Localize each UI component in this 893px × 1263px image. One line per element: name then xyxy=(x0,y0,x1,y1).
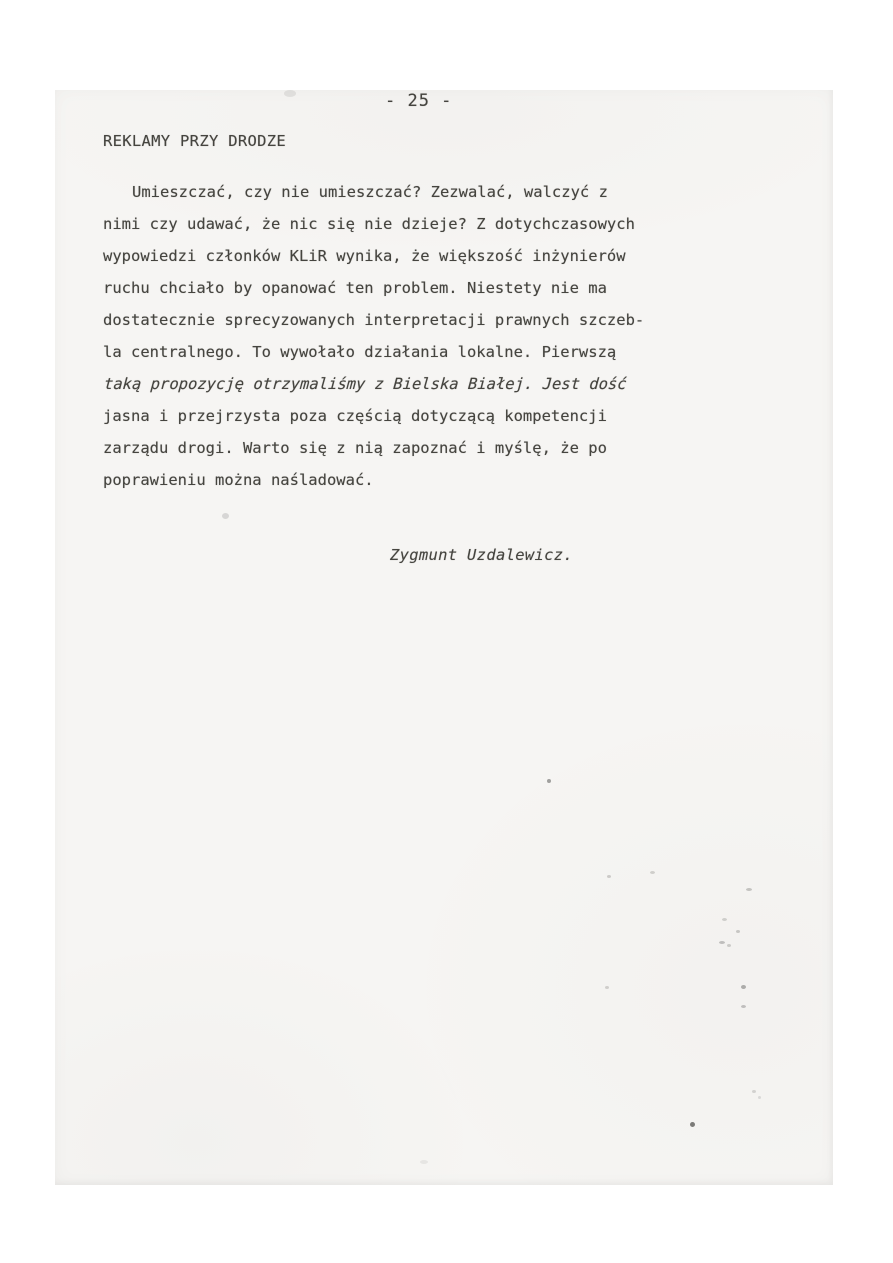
scan-background: - 25 - REKLAMY PRZY DRODZE Umieszczać, c… xyxy=(0,0,893,1263)
signature: Zygmunt Uzdalewicz. xyxy=(390,546,573,564)
text-line: nimi czy udawać, że nic się nie dzieje? … xyxy=(103,208,644,240)
page-number: - 25 - xyxy=(385,91,452,111)
text-line: jasna i przejrzysta poza częścią dotyczą… xyxy=(103,400,644,432)
body-paragraph: Umieszczać, czy nie umieszczać? Zezwalać… xyxy=(103,176,644,496)
text-line: la centralnego. To wywołało działania lo… xyxy=(103,336,644,368)
text-line: dostatecznie sprecyzowanych interpretacj… xyxy=(103,304,644,336)
document-page: - 25 - REKLAMY PRZY DRODZE Umieszczać, c… xyxy=(55,90,833,1185)
text-line: poprawieniu można naśladować. xyxy=(103,464,644,496)
text-line: Umieszczać, czy nie umieszczać? Zezwalać… xyxy=(103,176,644,208)
text-line: taką propozycję otrzymaliśmy z Bielska B… xyxy=(103,368,646,400)
text-line: wypowiedzi członków KLiR wynika, że więk… xyxy=(103,240,644,272)
text-line: zarządu drogi. Warto się z nią zapoznać … xyxy=(103,432,644,464)
document-title: REKLAMY PRZY DRODZE xyxy=(103,132,286,150)
text-line: ruchu chciało by opanować ten problem. N… xyxy=(103,272,644,304)
